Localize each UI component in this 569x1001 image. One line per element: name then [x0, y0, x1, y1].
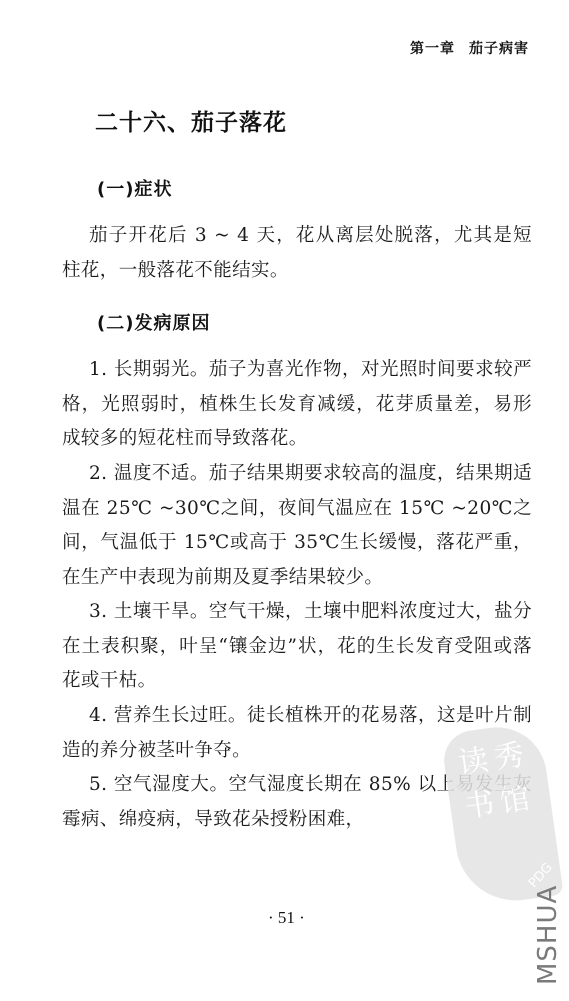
subsection-heading-causes: (二)发病原因: [97, 309, 210, 335]
paragraph-cause-2-temperature: 2. 温度不适。茄子结果期要求较高的温度，结果期适温在 25℃ ~30℃之间，夜…: [62, 457, 532, 595]
subsection-heading-symptoms: (一)症状: [97, 175, 172, 201]
seal-watermark-chars: 读秀书馆: [452, 732, 543, 830]
paragraph-cause-3-drought: 3. 土壤干旱。空气干燥，土壤中肥料浓度过大，盐分在土表积聚，叶呈“镶金边”状，…: [62, 595, 532, 699]
page-number: · 51 ·: [268, 908, 305, 928]
paragraph-cause-1-weak-light: 1. 长期弱光。茄子为喜光作物，对光照时间要求较严格，光照弱时，植株生长发育减缓…: [62, 353, 532, 457]
section-title: 二十六、茄子落花: [95, 104, 287, 137]
side-watermark: MSHUA: [533, 885, 563, 985]
running-head-chapter-title: 茄子病害: [469, 41, 529, 57]
running-head: 第一章茄子病害: [410, 38, 529, 58]
seal-watermark: 读秀书馆 PDG: [440, 721, 563, 908]
running-head-chapter: 第一章: [410, 41, 455, 57]
paragraph-symptoms: 茄子开花后 3 ~ 4 天，花从离层处脱落，尤其是短柱花，一般落花不能结实。: [62, 219, 532, 288]
